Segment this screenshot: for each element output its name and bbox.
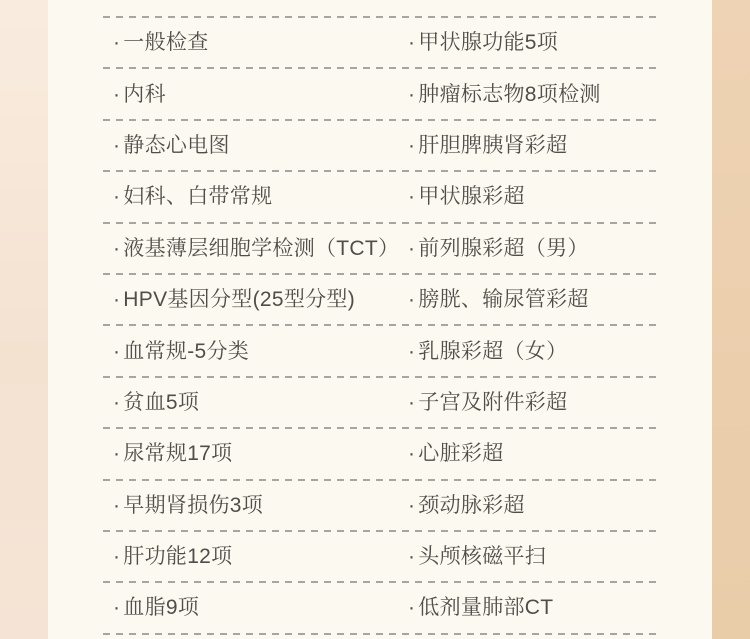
bullet-dot: · <box>113 289 120 310</box>
bullet-dot: · <box>113 186 120 207</box>
checkup-item-left: ·尿常规17项 <box>103 443 400 464</box>
checkup-row: ·静态心电图 ·肝胆脾胰肾彩超 <box>103 121 656 170</box>
checkup-item-label: 贫血5项 <box>123 392 199 413</box>
bullet-dot: · <box>113 546 120 567</box>
checkup-item-left: ·妇科、白带常规 <box>103 186 400 207</box>
checkup-item-label: 血常规-5分类 <box>123 341 249 362</box>
bullet-dot: · <box>408 392 415 413</box>
checkup-row: ·早期肾损伤3项 ·颈动脉彩超 <box>103 481 656 530</box>
bullet-dot: · <box>408 238 415 259</box>
checkup-item-label: 尿常规17项 <box>123 443 232 464</box>
checkup-item-label: 颈动脉彩超 <box>418 495 525 516</box>
bullet-dot: · <box>408 495 415 516</box>
bullet-dot: · <box>113 392 120 413</box>
bullet-dot: · <box>113 84 120 105</box>
checkup-item-label: 甲状腺彩超 <box>418 186 525 207</box>
checkup-item-left: ·早期肾损伤3项 <box>103 495 400 516</box>
checkup-item-label: 乳腺彩超（女） <box>418 341 567 362</box>
row-divider <box>103 633 656 635</box>
checkup-item-label: 膀胱、输尿管彩超 <box>418 289 588 310</box>
bullet-dot: · <box>408 135 415 156</box>
bullet-dot: · <box>408 32 415 53</box>
bullet-dot: · <box>408 289 415 310</box>
checkup-row: ·贫血5项 ·子宫及附件彩超 <box>103 378 656 427</box>
checkup-item-label: 液基薄层细胞学检测（TCT） <box>123 238 399 259</box>
checkup-item-left: ·一般检查 <box>103 32 400 53</box>
bullet-dot: · <box>113 341 120 362</box>
bullet-dot: · <box>113 32 120 53</box>
bullet-dot: · <box>408 84 415 105</box>
checkup-item-left: ·血脂9项 <box>103 597 400 618</box>
bullet-dot: · <box>113 597 120 618</box>
checkup-row: ·血脂9项 ·低剂量肺部CT <box>103 583 656 632</box>
checkup-item-right: ·子宫及附件彩超 <box>400 392 656 413</box>
bullet-dot: · <box>113 495 120 516</box>
checkup-package-screen: ·一般检查 ·甲状腺功能5项 ·内科 ·肿瘤标志物8项检测 ·静态心电图 ·肝胆… <box>0 0 750 639</box>
checkup-row: ·妇科、白带常规 ·甲状腺彩超 <box>103 172 656 221</box>
checkup-row: ·液基薄层细胞学检测（TCT） ·前列腺彩超（男） <box>103 224 656 273</box>
checkup-item-label: 肝胆脾胰肾彩超 <box>418 135 567 156</box>
checkup-item-label: 前列腺彩超（男） <box>418 238 588 259</box>
checkup-item-label: 妇科、白带常规 <box>123 186 272 207</box>
bullet-dot: · <box>113 443 120 464</box>
checkup-item-right: ·肝胆脾胰肾彩超 <box>400 135 656 156</box>
checkup-list: ·一般检查 ·甲状腺功能5项 ·内科 ·肿瘤标志物8项检测 ·静态心电图 ·肝胆… <box>103 0 656 635</box>
checkup-item-label: 血脂9项 <box>123 597 199 618</box>
right-edge-gradient <box>712 0 750 639</box>
checkup-item-left: ·HPV基因分型(25型分型) <box>103 289 400 310</box>
checkup-row: ·血常规-5分类 ·乳腺彩超（女） <box>103 326 656 375</box>
checkup-row: ·内科 ·肿瘤标志物8项检测 <box>103 69 656 118</box>
checkup-item-left: ·贫血5项 <box>103 392 400 413</box>
bullet-dot: · <box>113 238 120 259</box>
bullet-dot: · <box>408 546 415 567</box>
bullet-dot: · <box>113 135 120 156</box>
checkup-item-right: ·心脏彩超 <box>400 443 656 464</box>
checkup-item-right: ·甲状腺功能5项 <box>400 32 656 53</box>
checkup-item-right: ·头颅核磁平扫 <box>400 546 656 567</box>
checkup-item-right: ·肿瘤标志物8项检测 <box>400 84 656 105</box>
checkup-item-left: ·静态心电图 <box>103 135 400 156</box>
checkup-item-label: 内科 <box>123 84 166 105</box>
checkup-row: ·尿常规17项 ·心脏彩超 <box>103 429 656 478</box>
checkup-item-label: 子宫及附件彩超 <box>418 392 567 413</box>
checkup-item-right: ·前列腺彩超（男） <box>400 238 656 259</box>
checkup-item-label: 早期肾损伤3项 <box>123 495 263 516</box>
checkup-item-label: 低剂量肺部CT <box>418 597 553 618</box>
checkup-item-left: ·液基薄层细胞学检测（TCT） <box>103 238 400 259</box>
checkup-item-label: HPV基因分型(25型分型) <box>123 289 355 310</box>
bullet-dot: · <box>408 443 415 464</box>
checkup-item-label: 一般检查 <box>123 32 208 53</box>
checkup-row: ·HPV基因分型(25型分型) ·膀胱、输尿管彩超 <box>103 275 656 324</box>
checkup-item-right: ·膀胱、输尿管彩超 <box>400 289 656 310</box>
checkup-item-label: 心脏彩超 <box>418 443 503 464</box>
bullet-dot: · <box>408 186 415 207</box>
bullet-dot: · <box>408 341 415 362</box>
left-edge-gradient <box>0 0 48 639</box>
checkup-item-left: ·内科 <box>103 84 400 105</box>
checkup-item-right: ·乳腺彩超（女） <box>400 341 656 362</box>
checkup-item-label: 头颅核磁平扫 <box>418 546 546 567</box>
checkup-row: ·一般检查 ·甲状腺功能5项 <box>103 18 656 67</box>
checkup-item-label: 静态心电图 <box>123 135 230 156</box>
checkup-item-right: ·甲状腺彩超 <box>400 186 656 207</box>
checkup-item-left: ·血常规-5分类 <box>103 341 400 362</box>
checkup-row: ·肝功能12项 ·头颅核磁平扫 <box>103 532 656 581</box>
checkup-item-right: ·颈动脉彩超 <box>400 495 656 516</box>
checkup-item-label: 肝功能12项 <box>123 546 232 567</box>
checkup-item-left: ·肝功能12项 <box>103 546 400 567</box>
checkup-item-label: 肿瘤标志物8项检测 <box>418 84 600 105</box>
checkup-item-label: 甲状腺功能5项 <box>418 32 558 53</box>
checkup-item-right: ·低剂量肺部CT <box>400 597 656 618</box>
bullet-dot: · <box>408 597 415 618</box>
